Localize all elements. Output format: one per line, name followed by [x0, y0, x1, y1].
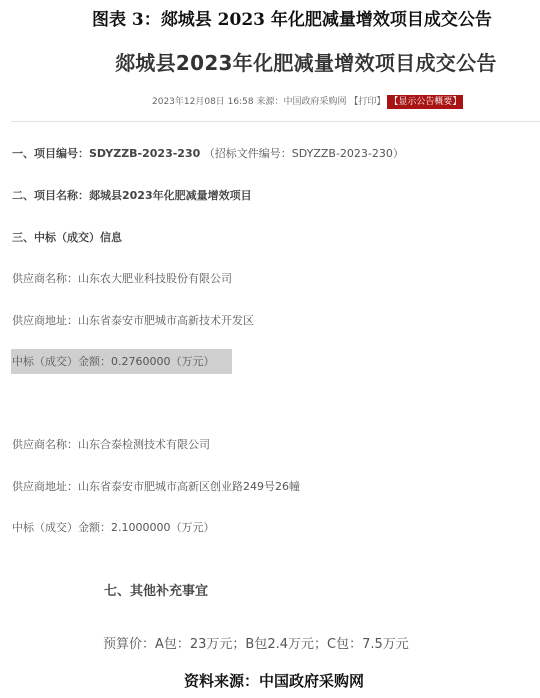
project-number-line: 一、项目编号：SDYZZB-2023-230 （招标文件编号：SDYZZB-20…	[12, 146, 404, 162]
print-link[interactable]: 【打印】	[349, 97, 385, 107]
project-number-label: 一、项目编号：	[12, 147, 89, 160]
project-name-label: 二、项目名称：	[12, 189, 89, 202]
figure-caption: 图表 3：郯城县 2023 年化肥减量增效项目成交公告	[92, 8, 492, 32]
supplier-name: 山东农大肥业科技股份有限公司	[78, 272, 232, 285]
supplier-address: 山东省泰安市肥城市高新技术开发区	[78, 314, 254, 327]
budget-price-line: 预算价：A包：23万元；B包2.4万元；C包：7.5万元	[103, 636, 409, 654]
supplier-name-label: 供应商名称：	[12, 438, 78, 451]
supplier-address-label: 供应商地址：	[12, 480, 78, 493]
source-name: 中国政府采购网	[284, 97, 347, 107]
divider	[11, 121, 540, 122]
publish-date: 2023年12月08日 16:58	[152, 97, 254, 107]
project-number-value: SDYZZB-2023-230	[89, 147, 200, 160]
tender-doc-number: （招标文件编号：SDYZZB-2023-230）	[204, 147, 404, 160]
supplier-name: 山东合泰检测技术有限公司	[78, 438, 210, 451]
supplier-address-label: 供应商地址：	[12, 314, 78, 327]
project-name-line: 二、项目名称：郯城县2023年化肥减量增效项目	[12, 188, 252, 204]
project-name-value: 郯城县2023年化肥减量增效项目	[89, 189, 252, 202]
award-amount: 0.2760000（万元）	[111, 355, 215, 368]
award-amount-label: 中标（成交）金额：	[12, 355, 111, 368]
award-info-heading: 三、中标（成交）信息	[12, 230, 122, 246]
supplier-1-name-line: 供应商名称：山东农大肥业科技股份有限公司	[12, 271, 232, 287]
supplier-name-label: 供应商名称：	[12, 272, 78, 285]
award-amount: 2.1000000（万元）	[111, 521, 215, 534]
supplementary-heading: 七、其他补充事宜	[104, 583, 208, 601]
supplier-2-address-line: 供应商地址：山东省泰安市肥城市高新区创业路249号26幢	[12, 479, 300, 495]
supplier-1-amount-line[interactable]: 中标（成交）金额：0.2760000（万元）	[12, 354, 215, 370]
show-summary-link[interactable]: 【显示公告概要】	[387, 95, 463, 109]
source-label: 来源：	[256, 97, 283, 107]
data-source-footer: 资料来源：中国政府采购网	[184, 670, 364, 692]
supplier-1-address-line: 供应商地址：山东省泰安市肥城市高新技术开发区	[12, 313, 254, 329]
award-amount-label: 中标（成交）金额：	[12, 521, 111, 534]
page-title: 郯城县2023年化肥减量增效项目成交公告	[115, 48, 497, 78]
announcement-meta: 2023年12月08日 16:58 来源：中国政府采购网 【打印】【显示公告概要…	[152, 95, 463, 109]
supplier-2-name-line: 供应商名称：山东合泰检测技术有限公司	[12, 437, 210, 453]
supplier-address: 山东省泰安市肥城市高新区创业路249号26幢	[78, 480, 300, 493]
supplier-2-amount-line: 中标（成交）金额：2.1000000（万元）	[12, 520, 215, 536]
